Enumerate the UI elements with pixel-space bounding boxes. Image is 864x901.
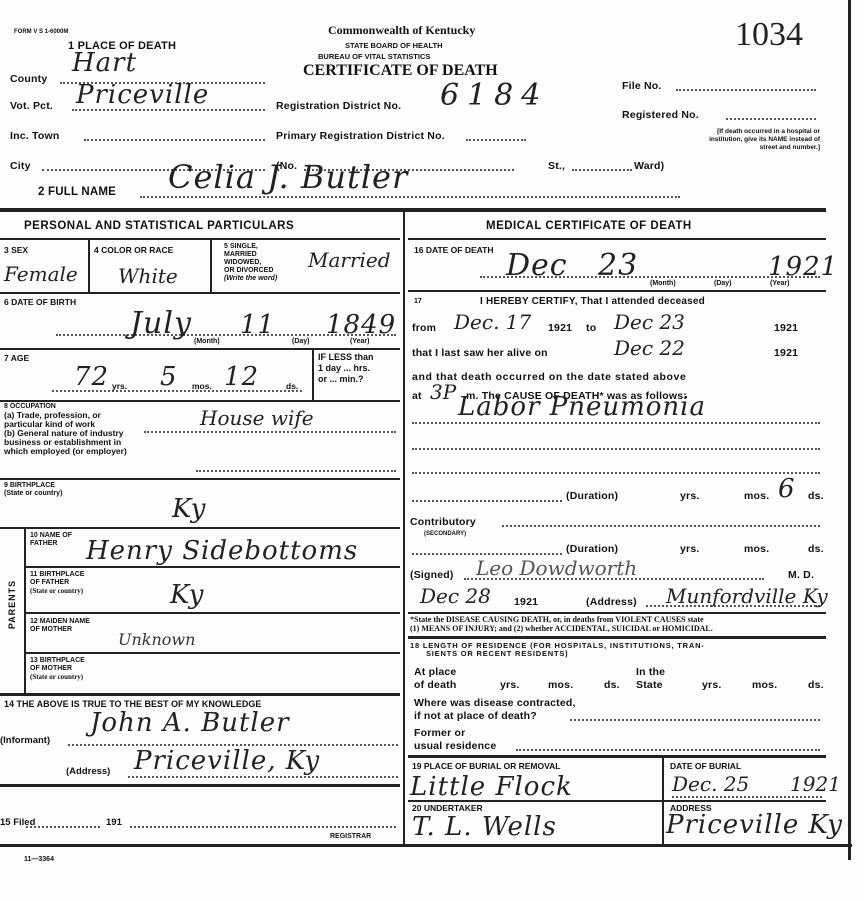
marital-label: 5 SINGLE, MARRIED WIDOWED, OR DIVORCED (… (224, 243, 277, 283)
right-border (848, 0, 851, 860)
divider (408, 238, 826, 240)
marital-label-line: MARRIED (224, 251, 277, 259)
certify-text: I HEREBY CERTIFY, That I attended deceas… (480, 296, 705, 307)
dob-year: 1849 (326, 310, 396, 340)
duration-ds-label: ds. (808, 490, 824, 502)
birthplace-label-line: 9 BIRTHPLACE (4, 482, 62, 490)
divider (24, 528, 26, 693)
birthplace-label-line: (State or country) (4, 490, 62, 498)
residence-line: At place (414, 666, 456, 679)
personal-heading: PERSONAL AND STATISTICAL PARTICULARS (24, 220, 294, 232)
full-name-line (140, 196, 680, 198)
bottom-divider (0, 844, 852, 847)
dob-month: July (130, 306, 192, 341)
age-yrs-label: yrs. (112, 382, 127, 391)
contributory-duration-line (412, 553, 562, 555)
sex-value: Female (4, 262, 78, 286)
city-label: City (10, 160, 31, 172)
divider (408, 755, 826, 758)
divider (26, 652, 400, 654)
contracted-line: Where was disease contracted, (414, 697, 576, 710)
marital-label-line: WIDOWED, (224, 259, 277, 267)
death-month-caption: (Month) (650, 280, 676, 288)
contributory-label: Contributory (410, 516, 476, 528)
father-name-label: 10 NAME OF FATHER (30, 532, 72, 548)
state-board-heading: STATE BOARD OF HEALTH (345, 42, 443, 50)
contracted-line: if not at place of death? (414, 710, 576, 723)
parents-side-label: PARENTS (8, 580, 17, 629)
divider (0, 784, 400, 787)
registered-no-line (726, 118, 816, 120)
death-year: 1921 (768, 252, 838, 282)
inc-town-line (84, 139, 265, 141)
duration-mos-value: 6 (778, 474, 796, 504)
footnote-line: (1) MEANS OF INJURY; and (2) whether ACC… (410, 624, 713, 633)
mother-birthplace-label-line: (State or country) (30, 673, 85, 681)
death-month: Dec (506, 248, 568, 283)
industry-label-line: which employed (or employer) (4, 447, 127, 456)
residence-in-state-label: In the State (636, 666, 665, 692)
marital-label-line: OR DIVORCED (224, 267, 277, 275)
burial-date-label: DATE OF BURIAL (670, 762, 741, 771)
divider (408, 290, 826, 292)
age-mos-label: mos. (192, 382, 212, 391)
ward-line (572, 169, 632, 171)
residence-heading-line: SIENTS OR RECENT RESIDENTS) (410, 650, 705, 658)
father-name-label-line: 10 NAME OF (30, 532, 72, 540)
contributory-yrs-label: yrs. (680, 543, 699, 555)
attended-from-year: 1921 (548, 322, 572, 334)
duration-yrs-label: yrs. (680, 490, 699, 502)
divider (88, 240, 90, 292)
divider (0, 693, 400, 696)
footnote-line: *State the DISEASE CAUSING DEATH, or, in… (410, 615, 713, 624)
commonwealth-heading: Commonwealth of Kentucky (328, 23, 475, 38)
divider (408, 612, 826, 614)
signed-value: Leo Dowdworth (476, 556, 637, 580)
death-day: 23 (598, 248, 638, 283)
residence-at-place-label: At place of death (414, 666, 456, 692)
burial-date-value: Dec. 25 (672, 772, 749, 796)
undertaker-value: T. L. Wells (412, 812, 557, 842)
informant-address-line (128, 776, 398, 778)
primary-registration-label: Primary Registration District No. (276, 130, 445, 142)
county-label: County (10, 73, 47, 85)
contributory-duration-label: (Duration) (566, 543, 618, 555)
duration-mos-label: mos. (744, 490, 769, 502)
age-ds-label: ds. (286, 382, 298, 391)
former-residence-label: Former or usual residence (414, 727, 496, 753)
signed-label: (Signed) (410, 569, 454, 581)
birthplace-label: 9 BIRTHPLACE (State or country) (4, 482, 62, 498)
residence-line: of death (414, 679, 456, 692)
at-label: at (412, 390, 422, 402)
father-birthplace-value: Ky (170, 580, 204, 610)
registered-no-label: Registered No. (622, 109, 699, 121)
divider (408, 800, 826, 802)
divider (210, 240, 212, 292)
inc-town-label: Inc. Town (10, 130, 59, 142)
marital-label-line: 5 SINGLE, (224, 243, 277, 251)
burial-date-line (672, 796, 822, 798)
residence-state-mos: mos. (752, 679, 777, 691)
attended-to: Dec 23 (614, 310, 685, 334)
if-less-line: or ... min.? (318, 374, 374, 385)
age-label: 7 AGE (4, 354, 29, 363)
divider (0, 478, 400, 480)
mother-birthplace-label: 13 BIRTHPLACE OF MOTHER (State or countr… (30, 657, 85, 681)
father-birthplace-label-line: (State or country) (30, 587, 84, 595)
county-value: Hart (72, 48, 137, 78)
physician-address-label: (Address) (586, 596, 637, 608)
burial-date-year: 1921 (790, 772, 841, 796)
dob-label: 6 DATE OF BIRTH (4, 298, 76, 307)
attended-from: Dec. 17 (454, 310, 531, 334)
informant-value: John A. Butler (90, 708, 290, 738)
mother-birthplace-label-line: 13 BIRTHPLACE (30, 657, 85, 665)
vot-pct-label: Vot. Pct. (10, 100, 53, 112)
divider (0, 238, 400, 240)
former-line: Former or (414, 727, 496, 740)
registration-district-label: Registration District No. (276, 100, 401, 112)
age-years: 72 (74, 362, 109, 392)
father-birthplace-label-line: 11 BIRTHPLACE (30, 571, 84, 579)
residence-place-yrs: yrs. (500, 679, 519, 691)
cause-line-2 (412, 448, 820, 450)
form-code: FORM V S 1-6000M (14, 28, 68, 36)
street-st-label: St., (548, 160, 565, 172)
divider (0, 400, 400, 402)
sex-label: 3 SEX (4, 246, 28, 255)
cause-line-1 (412, 422, 820, 424)
bureau-heading: BUREAU OF VITAL STATISTICS (318, 53, 430, 61)
father-birthplace-label-line: OF FATHER (30, 579, 84, 587)
contributory-mos-label: mos. (744, 543, 769, 555)
signed-year: 1921 (514, 596, 538, 608)
divider (26, 612, 400, 614)
industry-line (196, 470, 396, 472)
registration-district-value: 6184 (440, 78, 548, 113)
if-less-line: 1 day ... hrs. (318, 363, 374, 374)
divider (0, 292, 400, 294)
former-residence-line (516, 749, 820, 751)
residence-place-ds: ds. (604, 679, 620, 691)
birthplace-value: Ky (172, 494, 206, 524)
if-less-line: IF LESS than (318, 352, 374, 363)
signed-date: Dec 28 (420, 584, 491, 608)
occupation-value: House wife (200, 406, 314, 430)
if-less-label: IF LESS than 1 day ... hrs. or ... min.? (318, 352, 374, 385)
undertaker-address-value: Priceville Ky (666, 810, 843, 840)
time-value: 3P (430, 380, 456, 404)
marital-label-line: (Write the word) (224, 275, 277, 283)
date-of-death-label: 16 DATE OF DEATH (414, 246, 494, 255)
divider (0, 348, 400, 350)
former-line: usual residence (414, 740, 496, 753)
md-label: M. D. (788, 569, 814, 581)
last-saw-label: that I last saw her alive on (412, 347, 548, 359)
certify-number: 17 (414, 298, 422, 306)
secondary-label: (SECONDARY) (424, 530, 466, 538)
mother-birthplace-label-line: OF MOTHER (30, 665, 85, 673)
full-name-value: Celia J. Butler (168, 158, 408, 196)
attended-to-year: 1921 (774, 322, 798, 334)
death-year-caption: (Year) (770, 280, 789, 288)
divider (408, 636, 826, 639)
filed-year-prefix: 191 (106, 818, 122, 827)
divider (26, 566, 400, 568)
duration-line (412, 500, 562, 502)
last-saw-year: 1921 (774, 347, 798, 359)
physician-address-value: Munfordville Ky (666, 584, 828, 608)
marital-value: Married (308, 248, 391, 272)
contracted-line-fill (570, 719, 820, 721)
cause-footnote: *State the DISEASE CAUSING DEATH, or, in… (410, 615, 713, 633)
mother-maiden-value: Unknown (118, 630, 195, 649)
vot-pct-value: Priceville (76, 80, 209, 110)
dob-month-caption: (Month) (194, 338, 220, 346)
full-name-label: 2 FULL NAME (38, 186, 116, 198)
dob-day: 11 (240, 310, 275, 340)
registrar-line (130, 826, 396, 828)
contracted-label: Where was disease contracted, if not at … (414, 697, 576, 723)
stamp-number: 1034 (735, 16, 803, 54)
top-divider (0, 208, 826, 212)
center-divider (403, 212, 405, 847)
filed-date-line (26, 826, 100, 828)
residence-place-mos: mos. (548, 679, 573, 691)
residence-heading: 18 LENGTH OF RESIDENCE (FOR HOSPITALS, I… (410, 642, 705, 658)
father-name-label-line: FATHER (30, 540, 72, 548)
father-birthplace-label: 11 BIRTHPLACE OF FATHER (State or countr… (30, 571, 84, 595)
occupation-line (144, 431, 396, 433)
age-days: 12 (224, 362, 259, 392)
medical-heading: MEDICAL CERTIFICATE OF DEATH (486, 220, 692, 232)
file-no-line (676, 89, 816, 91)
burial-place-label: 19 PLACE OF BURIAL OR REMOVAL (412, 762, 560, 771)
to-label: to (586, 322, 596, 334)
dob-year-caption: (Year) (350, 338, 369, 346)
cause-value: Labor Pneumonia (458, 392, 706, 422)
informant-address-value: Priceville, Ky (134, 746, 320, 776)
father-name-value: Henry Sidebottoms (86, 536, 358, 566)
contributory-line (502, 525, 820, 527)
primary-registration-line (466, 139, 526, 141)
age-months: 5 (160, 362, 178, 392)
registrar-label: REGISTRAR (330, 833, 371, 841)
file-no-label: File No. (622, 80, 662, 92)
color-label: 4 COLOR OR RACE (94, 246, 173, 255)
cause-line-3 (412, 472, 820, 474)
residence-state-ds: ds. (808, 679, 824, 691)
footer-code: 11—3364 (24, 856, 54, 864)
hospital-note: [If death occurred in a hospital or inst… (700, 128, 820, 152)
divider (312, 350, 314, 400)
mother-maiden-label-line: 12 MAIDEN NAME (30, 618, 90, 626)
last-saw-value: Dec 22 (614, 336, 685, 360)
divider (0, 527, 400, 529)
contributory-ds-label: ds. (808, 543, 824, 555)
residence-line: In the (636, 666, 665, 679)
death-day-caption: (Day) (714, 280, 732, 288)
mother-maiden-label: 12 MAIDEN NAME OF MOTHER (30, 618, 90, 634)
burial-place-value: Little Flock (410, 772, 573, 802)
color-value: White (118, 264, 178, 288)
residence-state-yrs: yrs. (702, 679, 721, 691)
occupation-label: 8 OCCUPATION (a) Trade, profession, or p… (4, 403, 127, 456)
informant-address-label: (Address) (66, 767, 110, 776)
informant-label: (Informant) (0, 736, 50, 745)
residence-line: State (636, 679, 665, 692)
ward-label: Ward) (634, 160, 664, 172)
mother-maiden-label-line: OF MOTHER (30, 626, 90, 634)
from-label: from (412, 322, 436, 334)
dob-day-caption: (Day) (292, 338, 310, 346)
duration-label: (Duration) (566, 490, 618, 502)
